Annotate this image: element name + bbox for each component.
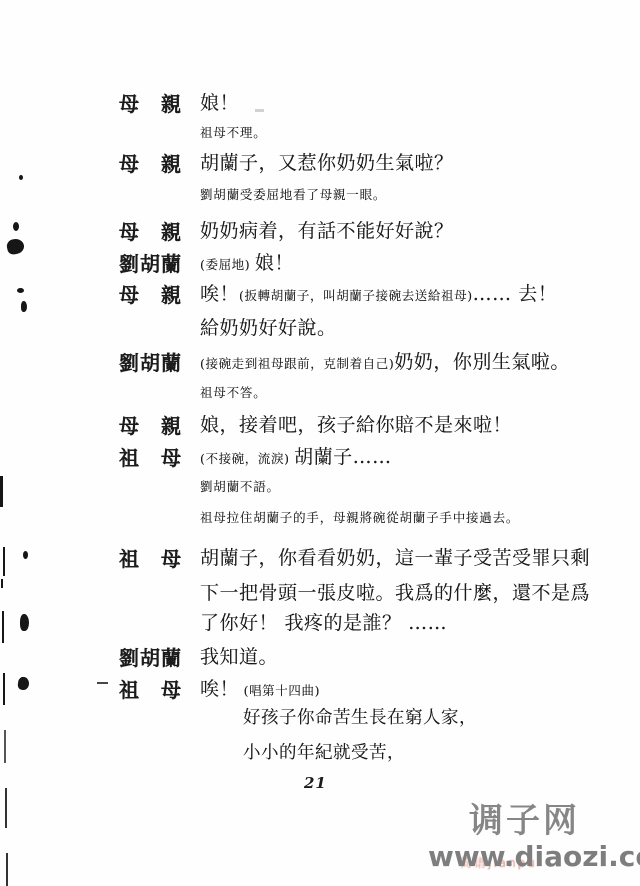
dialogue-text: 了你好！ 我疼的是誰？ …… bbox=[200, 612, 447, 634]
dialogue-text: 奶奶病着，有話不能好好說？ bbox=[200, 220, 454, 242]
lyric-text: 好孩子你命苦生長在窮人家， bbox=[243, 708, 477, 729]
scan-artifact bbox=[1, 579, 3, 588]
page-number: 21 bbox=[304, 774, 327, 792]
dialogue-text: 我知道。 bbox=[200, 646, 278, 668]
dialogue-text: 唉！ bbox=[200, 283, 239, 305]
inline-stage-direction: (接碗走到祖母跟前，克制着自己) bbox=[200, 356, 394, 371]
stage-direction-text: 劉胡蘭不語。 bbox=[200, 479, 280, 494]
scan-artifact bbox=[17, 288, 24, 293]
scan-artifact bbox=[4, 730, 6, 763]
stage-direction-text: 劉胡蘭受委屈地看了母親一眼。 bbox=[200, 187, 386, 202]
scan-artifact bbox=[20, 614, 29, 631]
scan-artifact bbox=[3, 547, 5, 576]
speaker-label: 劉胡蘭 bbox=[119, 352, 182, 375]
scanned-script-page: 母 親 娘！ 祖母不理。 母 親 胡蘭子，又惹你奶奶生氣啦？ 劉胡蘭受委屈地看了… bbox=[0, 0, 640, 886]
dialogue-text: 奶奶，你別生氣啦。 bbox=[394, 351, 570, 373]
speaker-label: 母 親 bbox=[119, 221, 182, 244]
dialogue-text: 胡蘭子，又惹你奶奶生氣啦？ bbox=[200, 152, 454, 174]
scan-artifact bbox=[255, 109, 264, 112]
scan-artifact bbox=[13, 222, 19, 231]
speaker-label: 母 親 bbox=[119, 153, 182, 176]
stage-direction-text: 祖母不理。 bbox=[200, 125, 267, 140]
lyric-text: 小小的年紀就受苦， bbox=[243, 743, 405, 764]
scan-artifact bbox=[5, 788, 7, 828]
scan-artifact bbox=[6, 237, 26, 255]
speaker-label: 母 親 bbox=[119, 415, 182, 438]
dialogue-text: 娘！ bbox=[200, 92, 239, 114]
dialogue-text: 唉！ bbox=[200, 678, 239, 700]
inline-stage-direction: (扳轉胡蘭子，叫胡蘭子接碗去送給祖母) bbox=[239, 288, 473, 303]
dialogue-text: 胡蘭子，你看看奶奶，這一輩子受苦受罪只剩 bbox=[200, 547, 590, 569]
scan-artifact bbox=[0, 476, 3, 507]
speaker-label: 母 親 bbox=[119, 284, 182, 307]
stage-direction-text: 祖母拉住胡蘭子的手，母親將碗從胡蘭子手中接過去。 bbox=[200, 510, 519, 525]
inline-stage-direction: (不接碗，流淚) bbox=[200, 451, 294, 466]
scan-artifact bbox=[3, 673, 5, 705]
dialogue-text: 娘，接着吧，孩子給你賠不是來啦！ bbox=[200, 414, 512, 436]
speaker-label: 祖 母 bbox=[119, 548, 182, 571]
stage-direction-text: 祖母不答。 bbox=[200, 385, 267, 400]
speaker-label: 祖 母 bbox=[119, 447, 182, 470]
speaker-label: 劉胡蘭 bbox=[119, 253, 182, 276]
speaker-label: 劉胡蘭 bbox=[119, 647, 182, 670]
watermark-site-url: www.diaozi.com bbox=[428, 843, 640, 871]
scan-artifact bbox=[17, 676, 30, 690]
scan-artifact bbox=[23, 551, 28, 559]
dialogue-text: 下一把骨頭一張皮啦。我爲的什麼，還不是爲 bbox=[200, 582, 590, 604]
scan-artifact bbox=[19, 175, 23, 180]
dialogue-text: 娘！ bbox=[255, 252, 294, 274]
scan-artifact bbox=[97, 682, 108, 684]
inline-stage-direction: (唱第十四曲) bbox=[239, 683, 320, 698]
watermark-site-name: 调子网 bbox=[469, 804, 580, 838]
scan-artifact bbox=[6, 853, 8, 886]
speaker-label: 母 親 bbox=[119, 93, 182, 116]
dialogue-text: …… 去！ bbox=[473, 283, 558, 305]
dialogue-text: 給奶奶好好說。 bbox=[200, 317, 337, 339]
scan-artifact bbox=[2, 611, 4, 643]
speaker-label: 祖 母 bbox=[119, 679, 182, 702]
dialogue-text: 胡蘭子…… bbox=[294, 446, 392, 468]
inline-stage-direction: (委屈地) bbox=[200, 257, 255, 272]
scan-artifact bbox=[21, 301, 27, 312]
